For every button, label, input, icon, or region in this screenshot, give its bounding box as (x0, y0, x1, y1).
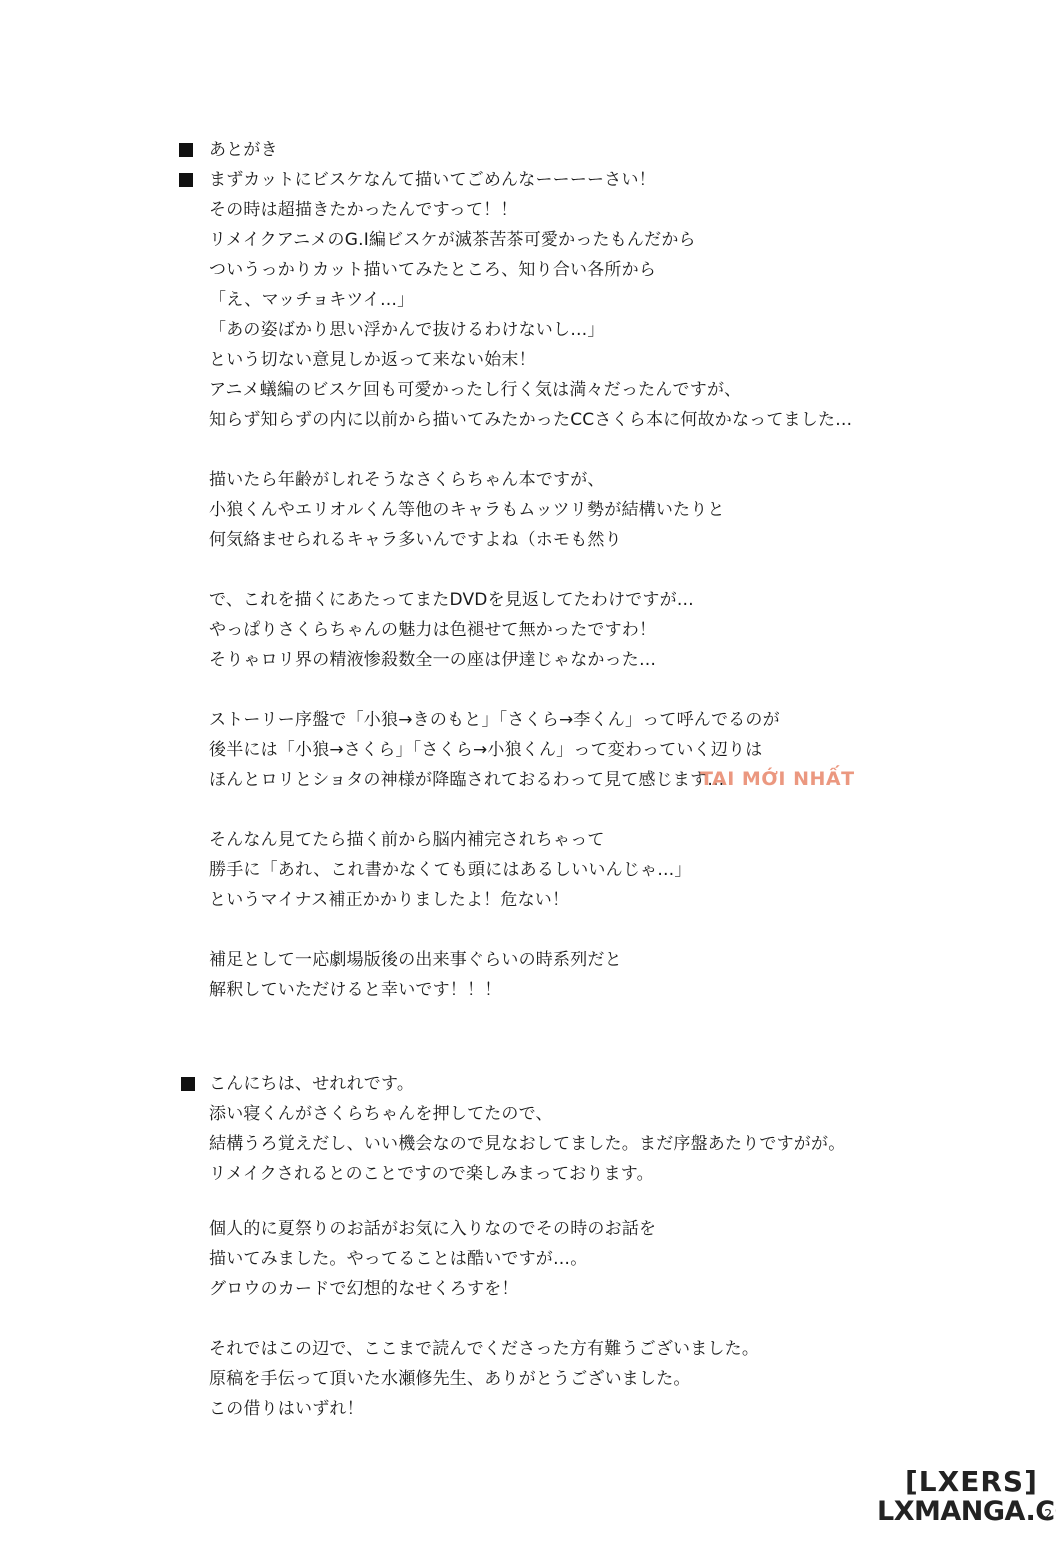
text-line: で、これを描くにあたってまたDVDを見返してたわけですが… (209, 589, 694, 611)
text-line: 知らず知らずの内に以前から描いてみたかったCCさくら本に何故かなってました… (209, 409, 852, 431)
text-line: やっぱりさくらちゃんの魅力は色褪せて無かったですわ！ (209, 619, 656, 641)
text-line: この借りはいずれ！ (209, 1398, 364, 1420)
logo-bottom-text: LXMANGA.COM (877, 1498, 1037, 1525)
bullet-square (179, 173, 193, 187)
text-line: 勝手に「あれ、これ書かなくても頭にはあるしいいんじゃ…」 (209, 859, 692, 881)
text-line: 個人的に夏祭りのお話がお気に入りなのでその時のお話を (209, 1218, 656, 1240)
text-line: そんなん見てたら描く前から脳内補完されちゃって (209, 829, 605, 851)
text-line: リメイクされるとのことですので楽しみまっております。 (209, 1163, 654, 1185)
text-line: ほんとロリとショタの神様が降臨されておるわって見て感じます… (209, 769, 725, 791)
text-line: 結構うろ覚えだし、いい機会なので見なおしてました。まだ序盤あたりですがが。 (209, 1133, 845, 1155)
text-line: グロウのカードで幻想的なせくろすを！ (209, 1278, 519, 1300)
text-line: 後半には「小狼→さくら」「さくら→小狼くん」って変わっていく辺りは (209, 739, 762, 761)
afterword-heading: あとがき (209, 139, 278, 161)
afterword-page: あとがき まずカットにビスケなんて描いてごめんなーーーーさい！ その時は超描きた… (0, 0, 1056, 1555)
bullet-square (181, 1077, 195, 1091)
text-line: リメイクアニメのG.I編ビスケが滅茶苦茶可愛かったもんだから (209, 229, 696, 251)
page-number: 2 (1044, 1508, 1052, 1523)
text-line: 描いたら年齢がしれそうなさくらちゃん本ですが、 (209, 469, 605, 491)
text-line: という切ない意見しか返って来ない始末！ (209, 349, 536, 371)
text-line: 解釈していただけると幸いです！！！ (209, 979, 501, 1001)
text-line: アニメ蟻編のビスケ回も可愛かったし行く気は満々だったんですが、 (209, 379, 741, 401)
text-line: それではこの辺で、ここまで読んでくださった方有難うございました。 (209, 1338, 759, 1360)
text-line: 描いてみました。やってることは酷いですが…。 (209, 1248, 587, 1270)
text-line: ついうっかりカット描いてみたところ、知り合い各所から (209, 259, 656, 281)
text-line: こんにちは、せれれです。 (209, 1073, 414, 1095)
text-line: 小狼くんやエリオルくん等他のキャラもムッツリ勢が結構いたりと (209, 499, 725, 521)
logo-top-text: [LXERS] (905, 1468, 1035, 1496)
text-line: その時は超描きたかったんですって！！ (209, 199, 518, 221)
text-line: 「え、マッチョキツイ…」 (209, 289, 414, 311)
watermark-overlay: TAI MỚI NHẤT (700, 768, 855, 790)
bullet-square (179, 143, 193, 157)
text-line: 原稿を手伝って頂いた水瀬修先生、ありがとうございました。 (209, 1368, 691, 1390)
text-line: 添い寝くんがさくらちゃんを押してたので、 (209, 1103, 553, 1125)
text-line: 補足として一応劇場版後の出来事ぐらいの時系列だと (209, 949, 622, 971)
site-logo: [LXERS] LXMANGA.COM (905, 1468, 1035, 1525)
text-line: まずカットにビスケなんて描いてごめんなーーーーさい！ (209, 169, 656, 191)
text-line: 何気絡ませられるキャラ多いんですよね（ホモも然り (209, 529, 622, 551)
text-line: そりゃロリ界の精液惨殺数全一の座は伊達じゃなかった… (209, 649, 656, 671)
text-line: というマイナス補正かかりましたよ！危ない！ (209, 889, 569, 911)
text-line: ストーリー序盤で「小狼→きのもと」「さくら→李くん」って呼んでるのが (209, 709, 780, 731)
text-line: 「あの姿ばかり思い浮かんで抜けるわけないし…」 (209, 319, 605, 341)
